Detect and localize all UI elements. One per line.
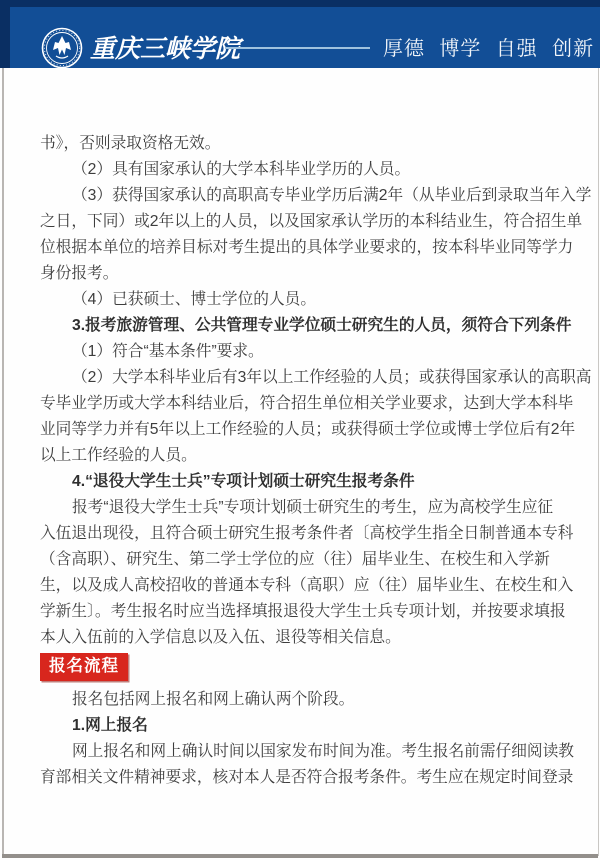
text-line: （4）已获硕士、博士学位的人员。 <box>0 287 600 313</box>
text-line: 专毕业学历或大学本科结业后，符合招生单位相关学业要求，达到大学本科毕 <box>0 391 600 417</box>
text-line: 本人入伍前的入学信息以及入伍、退役等相关信息。 <box>0 625 600 651</box>
header-banner: 重庆三峡学院 厚德 博学 自强 创新 <box>0 0 600 68</box>
text-line: 业同等学力并有5年以上工作经验的人员；或获得硕士学位或博士学位后有2年 <box>0 417 600 443</box>
text-line: （3）获得国家承认的高职高专毕业学历后满2年（从毕业后到录取当年入学 <box>0 183 600 209</box>
section-badge-row: 报名流程 <box>0 653 600 685</box>
page-left-edge <box>2 68 4 856</box>
heading-line: 3.报考旅游管理、公共管理专业学位硕士研究生的人员，须符合下列条件 <box>0 313 600 339</box>
text-line: 书》，否则录取资格无效。 <box>0 131 600 157</box>
university-seal-icon <box>41 27 83 69</box>
page-right-edge <box>598 68 599 856</box>
header-divider-line <box>225 47 370 49</box>
university-motto: 厚德 博学 自强 创新 <box>383 37 594 59</box>
text-line: 报考“退役大学生士兵”专项计划硕士研究生的考生，应为高校学生应征 <box>0 495 600 521</box>
text-line: 报名包括网上报名和网上确认两个阶段。 <box>0 687 600 713</box>
document-page: 重庆三峡学院 厚德 博学 自强 创新 书》，否则录取资格无效。（2）具有国家承认… <box>0 0 600 860</box>
text-line: 生，以及成人高校招收的普通本专科（高职）应（往）届毕业生、在校生和入 <box>0 573 600 599</box>
heading-line: 1.网上报名 <box>0 713 600 739</box>
text-line: 以上工作经验的人员。 <box>0 443 600 469</box>
text-line: 身份报考。 <box>0 261 600 287</box>
page-bottom-edge <box>2 854 598 858</box>
university-name: 重庆三峡学院 <box>90 30 220 68</box>
banner-top-strip <box>0 0 600 7</box>
text-line: 育部相关文件精神要求，核对本人是否符合报考条件。考生应在规定时间登录 <box>0 765 600 791</box>
text-line: （含高职）、研究生、第二学士学位的应（往）届毕业生、在校生和入学新 <box>0 547 600 573</box>
text-line: 网上报名和网上确认时间以国家发布时间为准。考生报名前需仔细阅读教 <box>0 739 600 765</box>
heading-line: 4.“退役大学生士兵”专项计划硕士研究生报考条件 <box>0 469 600 495</box>
text-line: 入伍退出现役，且符合硕士研究生报考条件者〔高校学生指全日制普通本专科 <box>0 521 600 547</box>
text-line: （2）大学本科毕业后有3年以上工作经验的人员；或获得国家承认的高职高 <box>0 365 600 391</box>
text-line: 位根据本单位的培养目标对考生提出的具体学业要求的，按本科毕业同等学力 <box>0 235 600 261</box>
document-body: 书》，否则录取资格无效。（2）具有国家承认的大学本科毕业学历的人员。（3）获得国… <box>0 68 600 791</box>
text-line: （2）具有国家承认的大学本科毕业学历的人员。 <box>0 157 600 183</box>
text-line: （1）符合“基本条件”要求。 <box>0 339 600 365</box>
text-line: 学新生〕。考生报名时应当选择填报退役大学生士兵专项计划，并按要求填报 <box>0 599 600 625</box>
text-line: 之日，下同）或2年以上的人员，以及国家承认学历的本科结业生，符合招生单 <box>0 209 600 235</box>
section-badge: 报名流程 <box>40 653 128 681</box>
banner-left-strip <box>0 0 10 68</box>
